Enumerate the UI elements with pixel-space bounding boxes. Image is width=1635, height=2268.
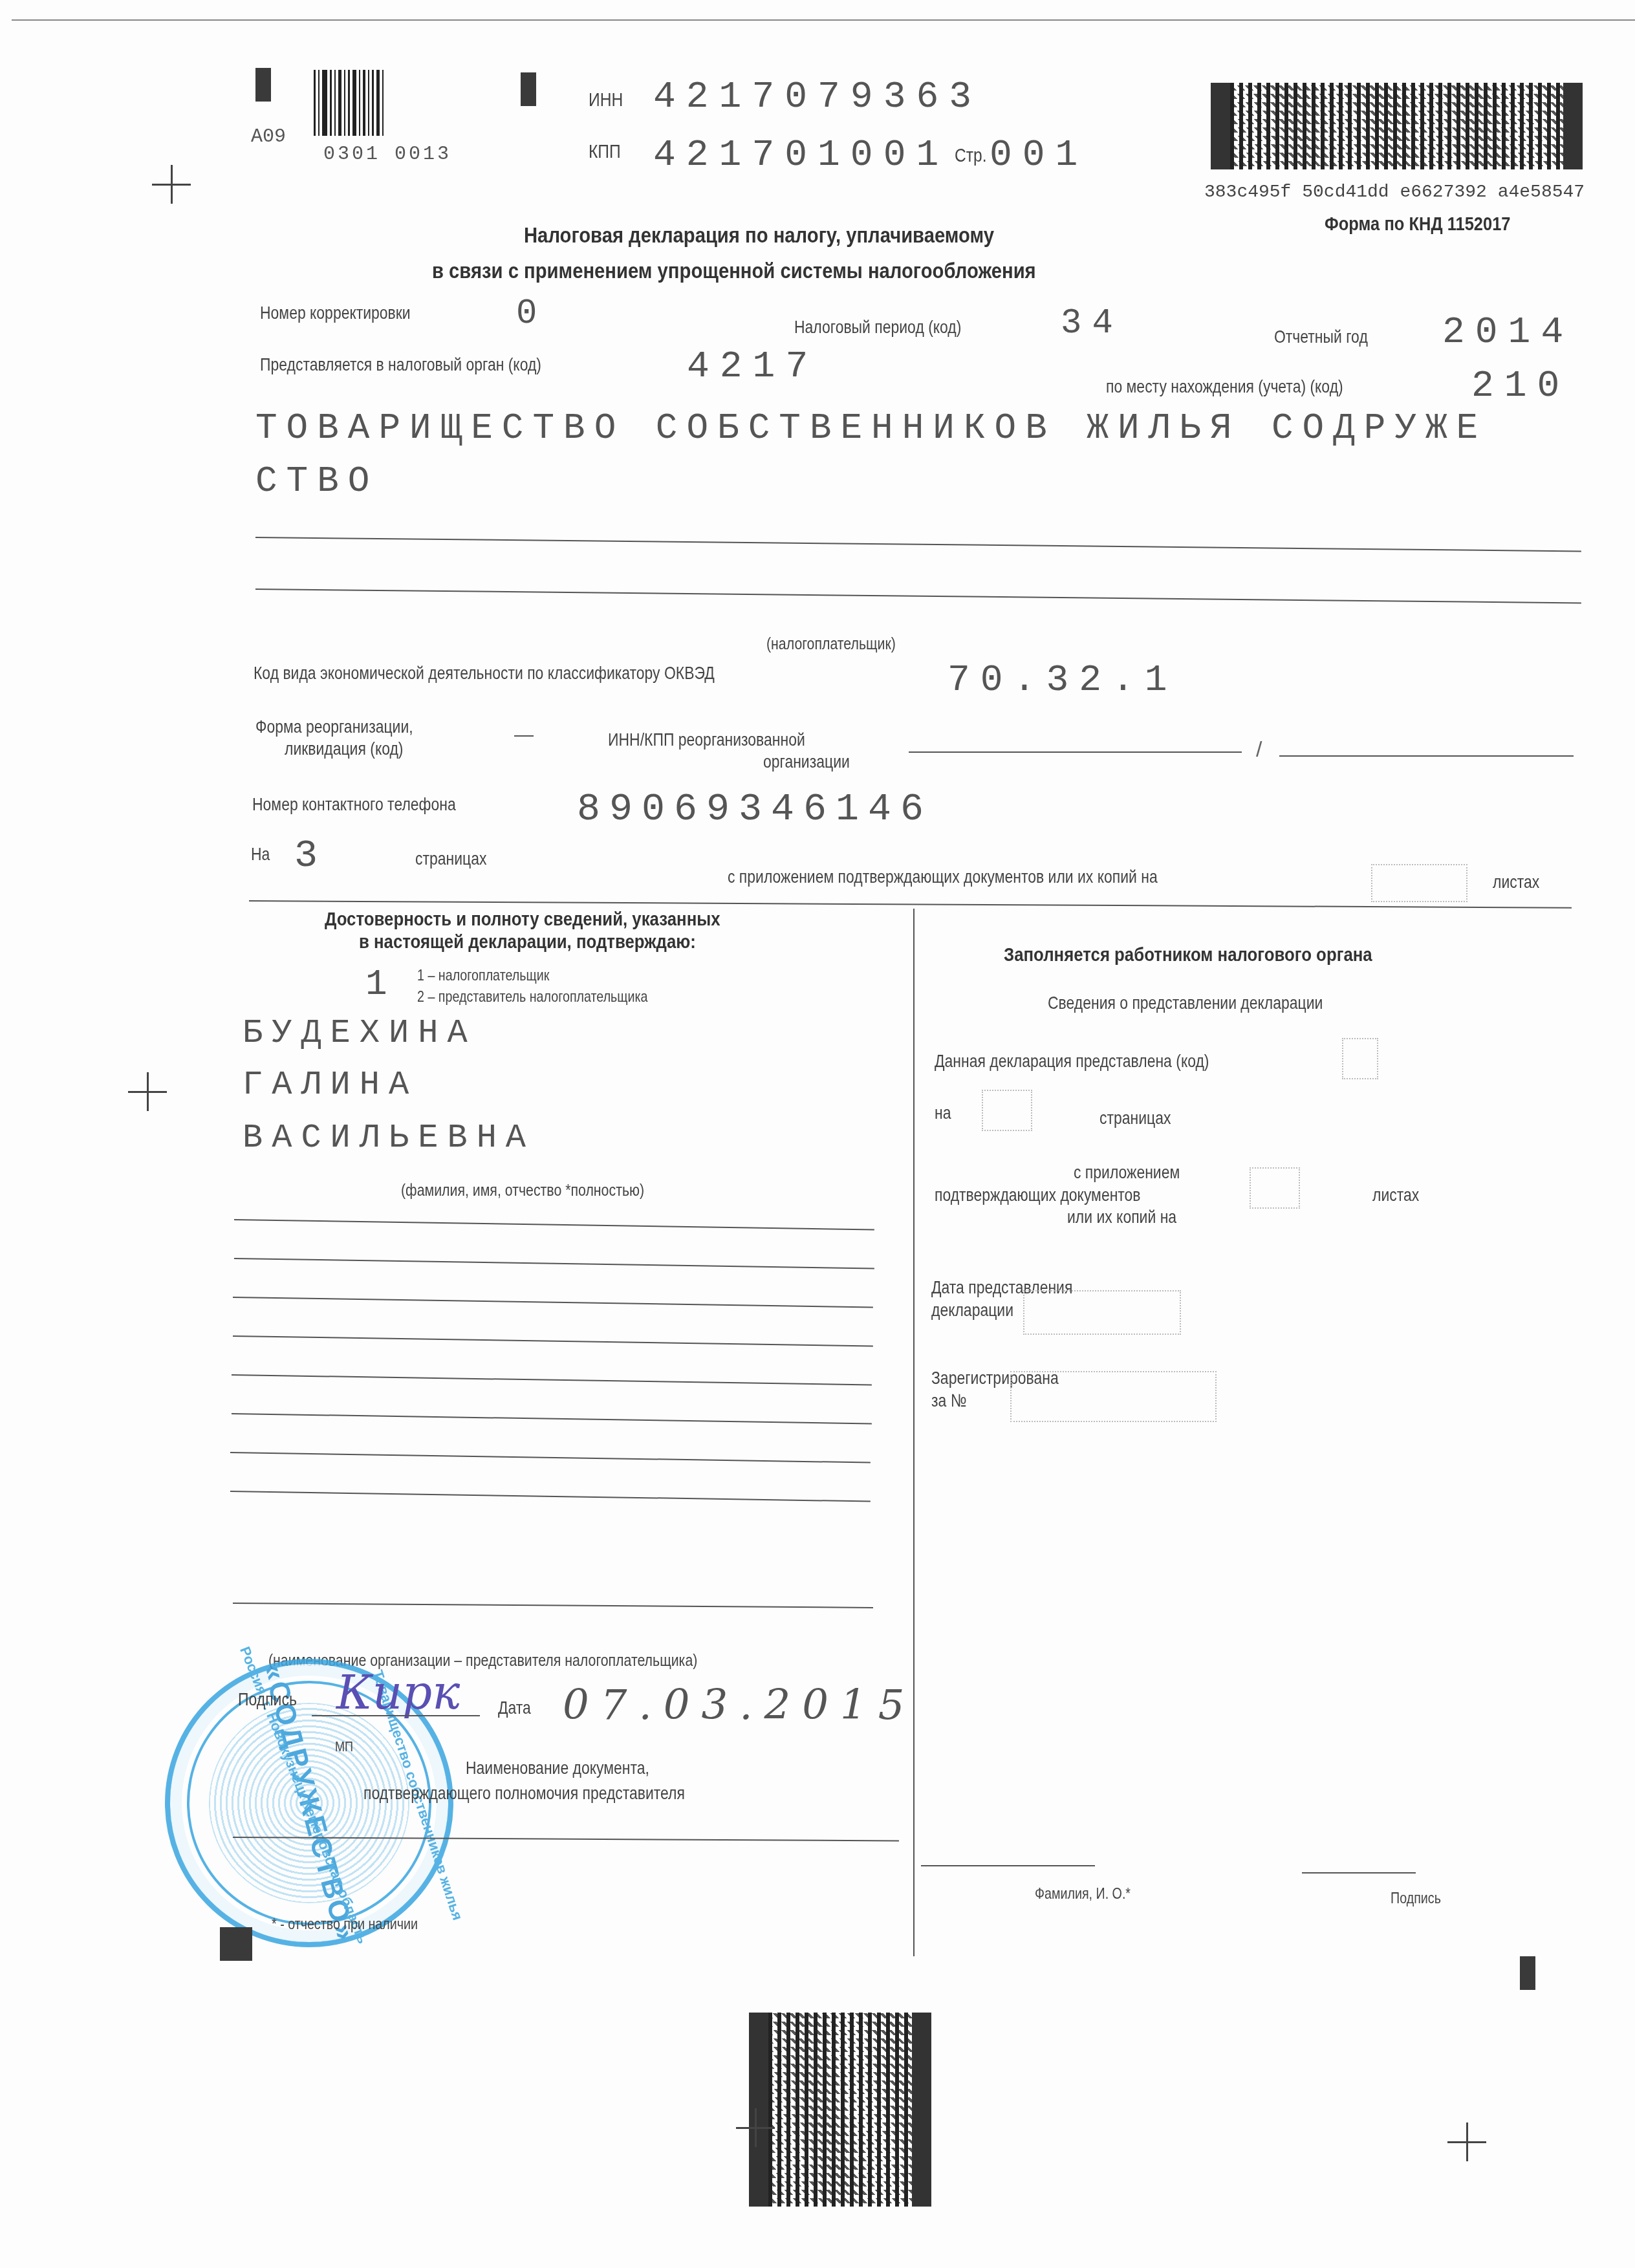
barcode-number: 0301 0013 xyxy=(323,144,451,166)
location-code-label: по месту нахождения (учета) (код) xyxy=(1106,376,1343,397)
pdf417-barcode-top xyxy=(1211,83,1583,169)
office-attach-suffix: листах xyxy=(1372,1185,1419,1205)
tax-authority-label: Представляется в налоговый орган (код) xyxy=(260,354,541,375)
handwritten-signature[interactable]: Кирк xyxy=(336,1665,460,1720)
reorg-inn-field[interactable] xyxy=(909,751,1242,753)
declaration-title-line-1: Налоговая декларация по налогу, уплачива… xyxy=(524,223,994,248)
taxpayer-caption: (налогоплательщик) xyxy=(766,634,896,654)
registration-cross-top xyxy=(152,165,191,204)
taxpayer-line-4 xyxy=(255,589,1581,603)
correction-label: Номер корректировки xyxy=(260,303,411,323)
reporting-year-value[interactable]: 2014 xyxy=(1442,312,1574,354)
office-signature-line[interactable] xyxy=(1302,1872,1416,1874)
phone-label: Номер контактного телефона xyxy=(252,794,456,815)
okved-label: Код вида экономической деятельности по к… xyxy=(254,663,715,684)
office-fio-rule-long xyxy=(921,1865,1092,1866)
signature-line xyxy=(312,1715,480,1716)
org-line-3 xyxy=(233,1297,873,1308)
pages-prefix: На xyxy=(251,844,270,865)
kpp-value: 421701001 xyxy=(653,135,949,177)
form-code: A09 xyxy=(251,126,286,148)
office-pages-field[interactable] xyxy=(982,1090,1032,1131)
org-line-2 xyxy=(234,1258,874,1269)
registration-cross-left xyxy=(128,1072,167,1111)
seal-label: МП xyxy=(335,1738,353,1755)
signer-surname[interactable]: БУДЕХИНА xyxy=(243,1014,477,1052)
phone-value[interactable]: 89069346146 xyxy=(577,788,933,832)
reorg-form-label-1: Форма реорганизации, xyxy=(255,717,413,737)
reorg-inn-label-1: ИНН/КПП реорганизованной xyxy=(608,729,805,750)
reorg-separator: / xyxy=(1256,737,1262,762)
registration-cross-bottom-left xyxy=(736,2108,775,2147)
page-value: 001 xyxy=(990,135,1088,177)
kpp-label: КПП xyxy=(589,141,621,163)
location-code-value[interactable]: 210 xyxy=(1471,365,1570,407)
reorg-form-value[interactable]: — xyxy=(514,724,534,746)
org-line-1 xyxy=(234,1219,874,1231)
office-fio-caption: Фамилия, И. О.* xyxy=(1035,1885,1131,1903)
authority-doc-label-1: Наименование документа, xyxy=(466,1758,649,1778)
reorg-form-label-2: ликвидация (код) xyxy=(285,739,404,759)
submitted-code-field[interactable] xyxy=(1342,1038,1378,1079)
reorg-inn-label-2: организации xyxy=(763,751,850,772)
office-pages-prefix: на xyxy=(935,1103,951,1123)
office-attach-2: подтверждающих документов xyxy=(935,1185,1141,1205)
inn-value: 4217079363 xyxy=(653,76,982,118)
office-attach-3: или их копий на xyxy=(1067,1207,1176,1227)
attachments-label: с приложением подтверждающих документов … xyxy=(728,867,1158,887)
pages-count[interactable]: 3 xyxy=(294,834,318,878)
pdf417-barcode-bottom xyxy=(749,2013,931,2207)
office-signature-caption: Подпись xyxy=(1391,1890,1441,1908)
tax-declaration-page: A09 0301 0013 ИНН 4217079363 КПП 4217010… xyxy=(0,0,1635,2268)
signer-name[interactable]: ГАЛИНА xyxy=(243,1066,418,1104)
reporting-year-label: Отчетный год xyxy=(1274,327,1368,347)
page-label: Стр. xyxy=(955,145,987,167)
tax-period-label: Налоговый период (код) xyxy=(794,317,961,338)
org-line-8 xyxy=(230,1491,871,1502)
office-pages-suffix: страницах xyxy=(1099,1108,1171,1129)
linear-barcode xyxy=(314,70,391,136)
signer-option-1: 1 – налогоплательщик xyxy=(417,967,549,985)
submission-date-field[interactable] xyxy=(1023,1290,1181,1335)
submitted-code-label: Данная декларация представлена (код) xyxy=(935,1051,1209,1072)
org-line-4 xyxy=(233,1335,873,1347)
signer-code[interactable]: 1 xyxy=(365,964,387,1005)
registered-label-2: за № xyxy=(931,1390,966,1411)
office-attach-1: с приложением xyxy=(1074,1162,1180,1183)
knd-form-number: Форма по КНД 1152017 xyxy=(1325,213,1511,235)
org-line-6 xyxy=(232,1413,872,1425)
org-line-5 xyxy=(232,1374,872,1386)
scan-edge xyxy=(12,19,1635,21)
date-label: Дата xyxy=(498,1698,531,1718)
signer-patronymic[interactable]: ВАСИЛЬЕВНА xyxy=(243,1119,535,1157)
inn-label: ИНН xyxy=(589,89,623,111)
column-divider xyxy=(913,909,915,1956)
signer-name-caption: (фамилия, имя, отчество *полностью) xyxy=(401,1180,644,1200)
date-value[interactable]: 07.03.2015 xyxy=(563,1681,916,1729)
signature-label: Подпись xyxy=(238,1689,297,1710)
footnote: * - отчество при наличии xyxy=(272,1916,418,1934)
submission-date-label-2: декларации xyxy=(931,1300,1013,1321)
authority-doc-label-2: подтверждающего полномочия представителя xyxy=(363,1783,685,1804)
taxpayer-name-line-1[interactable]: ТОВАРИЩЕСТВО СОБСТВЕННИКОВ ЖИЛЬЯ СОДРУЖЕ xyxy=(255,407,1487,449)
corner-marker-top-mid xyxy=(521,72,536,106)
declaration-title-line-2: в связи с применением упрощенной системы… xyxy=(432,259,1036,284)
corner-marker-bottom-left xyxy=(220,1927,252,1961)
tax-period-value[interactable]: 34 xyxy=(1061,304,1123,343)
correction-value[interactable]: 0 xyxy=(516,294,537,334)
office-attach-field[interactable] xyxy=(1250,1167,1300,1209)
attachments-sheets-field[interactable] xyxy=(1371,864,1467,902)
registration-cross-bottom-right xyxy=(1447,2122,1486,2161)
confirmation-heading-2: в настоящей декларации, подтверждаю: xyxy=(359,931,696,953)
org-line-7 xyxy=(230,1452,871,1463)
okved-value[interactable]: 70.32.1 xyxy=(947,660,1178,702)
taxpayer-line-3 xyxy=(255,537,1581,552)
tax-authority-value[interactable]: 4217 xyxy=(687,346,818,388)
document-hash: 383c495f 50cd41dd e6627392 a4e58547 xyxy=(1204,182,1585,202)
attachments-suffix: листах xyxy=(1493,872,1539,892)
taxpayer-name-line-2[interactable]: СТВО xyxy=(255,460,378,502)
pages-suffix: страницах xyxy=(415,848,486,869)
corner-marker-bottom-right xyxy=(1520,1956,1535,1990)
corner-marker-top-left xyxy=(255,68,271,102)
registration-number-field[interactable] xyxy=(1010,1371,1217,1422)
reorg-kpp-field[interactable] xyxy=(1279,755,1574,757)
tax-office-subheading: Сведения о представлении декларации xyxy=(1048,993,1323,1013)
confirmation-heading-1: Достоверность и полноту сведений, указан… xyxy=(325,909,720,931)
org-line-9 xyxy=(233,1603,873,1608)
tax-office-heading: Заполняется работником налогового органа xyxy=(1004,944,1372,966)
signer-option-2: 2 – представитель налогоплательщика xyxy=(417,988,648,1006)
